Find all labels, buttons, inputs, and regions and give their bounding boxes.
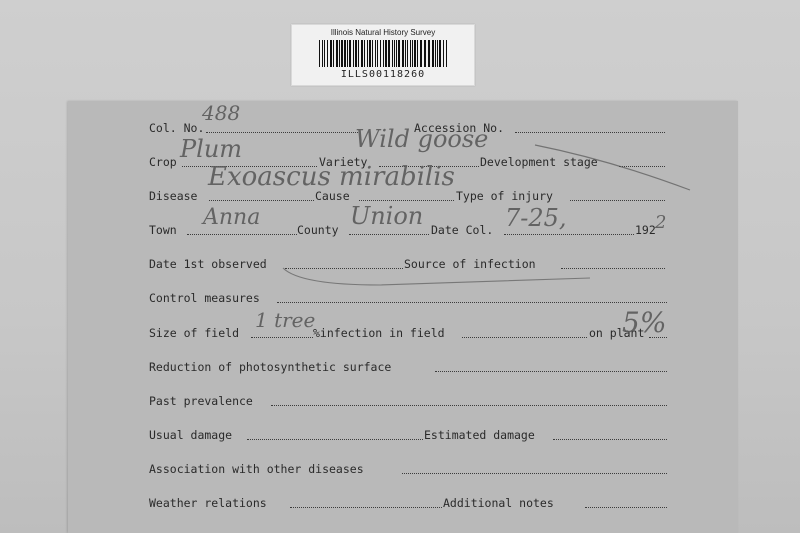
date-1st-observed-line <box>285 268 403 269</box>
cause-line <box>359 200 454 201</box>
date-1st-observed-label: Date 1st observed <box>149 257 267 271</box>
additional-notes-line <box>585 507 667 508</box>
weather-relations-label: Weather relations <box>149 496 267 510</box>
date-col-line <box>504 234 634 235</box>
estimated-damage-line <box>553 439 667 440</box>
variety-value: Wild goose <box>355 125 488 153</box>
on-plant-value: 5% <box>622 306 666 339</box>
source-of-infection-label: Source of infection <box>404 257 536 271</box>
type-of-injury-label: Type of injury <box>456 189 553 203</box>
row-size-of-field: Size of field %infection in field on pla… <box>149 326 800 342</box>
specimen-barcode-label: Illinois Natural History Survey ILLS0011… <box>291 24 475 86</box>
usual-damage-label: Usual damage <box>149 428 232 442</box>
barcode-icon <box>319 40 447 67</box>
usual-damage-line <box>247 439 423 440</box>
weather-relations-line <box>290 507 442 508</box>
pct-infection-line <box>462 337 587 338</box>
association-other-diseases-line <box>402 473 667 474</box>
reduction-photosynthetic-line <box>435 371 667 372</box>
size-of-field-label: Size of field <box>149 326 239 340</box>
county-line <box>349 234 429 235</box>
row-association: Association with other diseases <box>149 462 800 478</box>
row-weather: Weather relations Additional notes <box>149 496 800 512</box>
row-usual-damage: Usual damage Estimated damage <box>149 428 800 444</box>
type-of-injury-line <box>570 200 665 201</box>
control-measures-line <box>277 302 667 303</box>
additional-notes-label: Additional notes <box>443 496 554 510</box>
town-value: Anna <box>203 205 260 230</box>
row-date-observed: Date 1st observed Source of infection <box>149 257 800 273</box>
row-reduction: Reduction of photosynthetic surface <box>149 360 800 376</box>
col-no-line <box>206 132 358 133</box>
year-digit-value: 2 <box>655 212 666 233</box>
pct-infection-label: %infection in field <box>313 326 445 340</box>
institution-name: Illinois Natural History Survey <box>292 28 474 37</box>
size-of-field-line <box>251 337 313 338</box>
county-value: Union <box>350 202 423 230</box>
crop-label: Crop <box>149 155 177 169</box>
source-of-infection-line <box>561 268 665 269</box>
past-prevalence-label: Past prevalence <box>149 394 253 408</box>
association-other-diseases-label: Association with other diseases <box>149 462 364 476</box>
past-prevalence-line <box>271 405 667 406</box>
disease-line <box>209 200 314 201</box>
control-measures-label: Control measures <box>149 291 260 305</box>
disease-label: Disease <box>149 189 197 203</box>
county-label: County <box>297 223 339 237</box>
date-col-label: Date Col. <box>431 223 493 237</box>
catalog-number: ILLS00118260 <box>292 69 474 80</box>
col-no-value: 488 <box>202 101 240 125</box>
accession-no-line <box>515 132 665 133</box>
estimated-damage-label: Estimated damage <box>424 428 535 442</box>
town-line <box>187 234 297 235</box>
col-no-label: Col. No. <box>149 121 204 135</box>
disease-value: Exoascus mirabilis <box>208 162 455 192</box>
crop-value: Plum <box>180 135 242 163</box>
row-past-prevalence: Past prevalence <box>149 394 800 410</box>
development-stage-label: Development stage <box>480 155 598 169</box>
date-col-value: 7-25, <box>505 204 567 232</box>
development-stage-line <box>619 166 665 167</box>
row-control-measures: Control measures <box>149 291 800 307</box>
town-label: Town <box>149 223 177 237</box>
year-prefix: 192 <box>635 223 656 237</box>
reduction-photosynthetic-label: Reduction of photosynthetic surface <box>149 360 391 374</box>
size-of-field-value: 1 tree <box>255 308 315 332</box>
